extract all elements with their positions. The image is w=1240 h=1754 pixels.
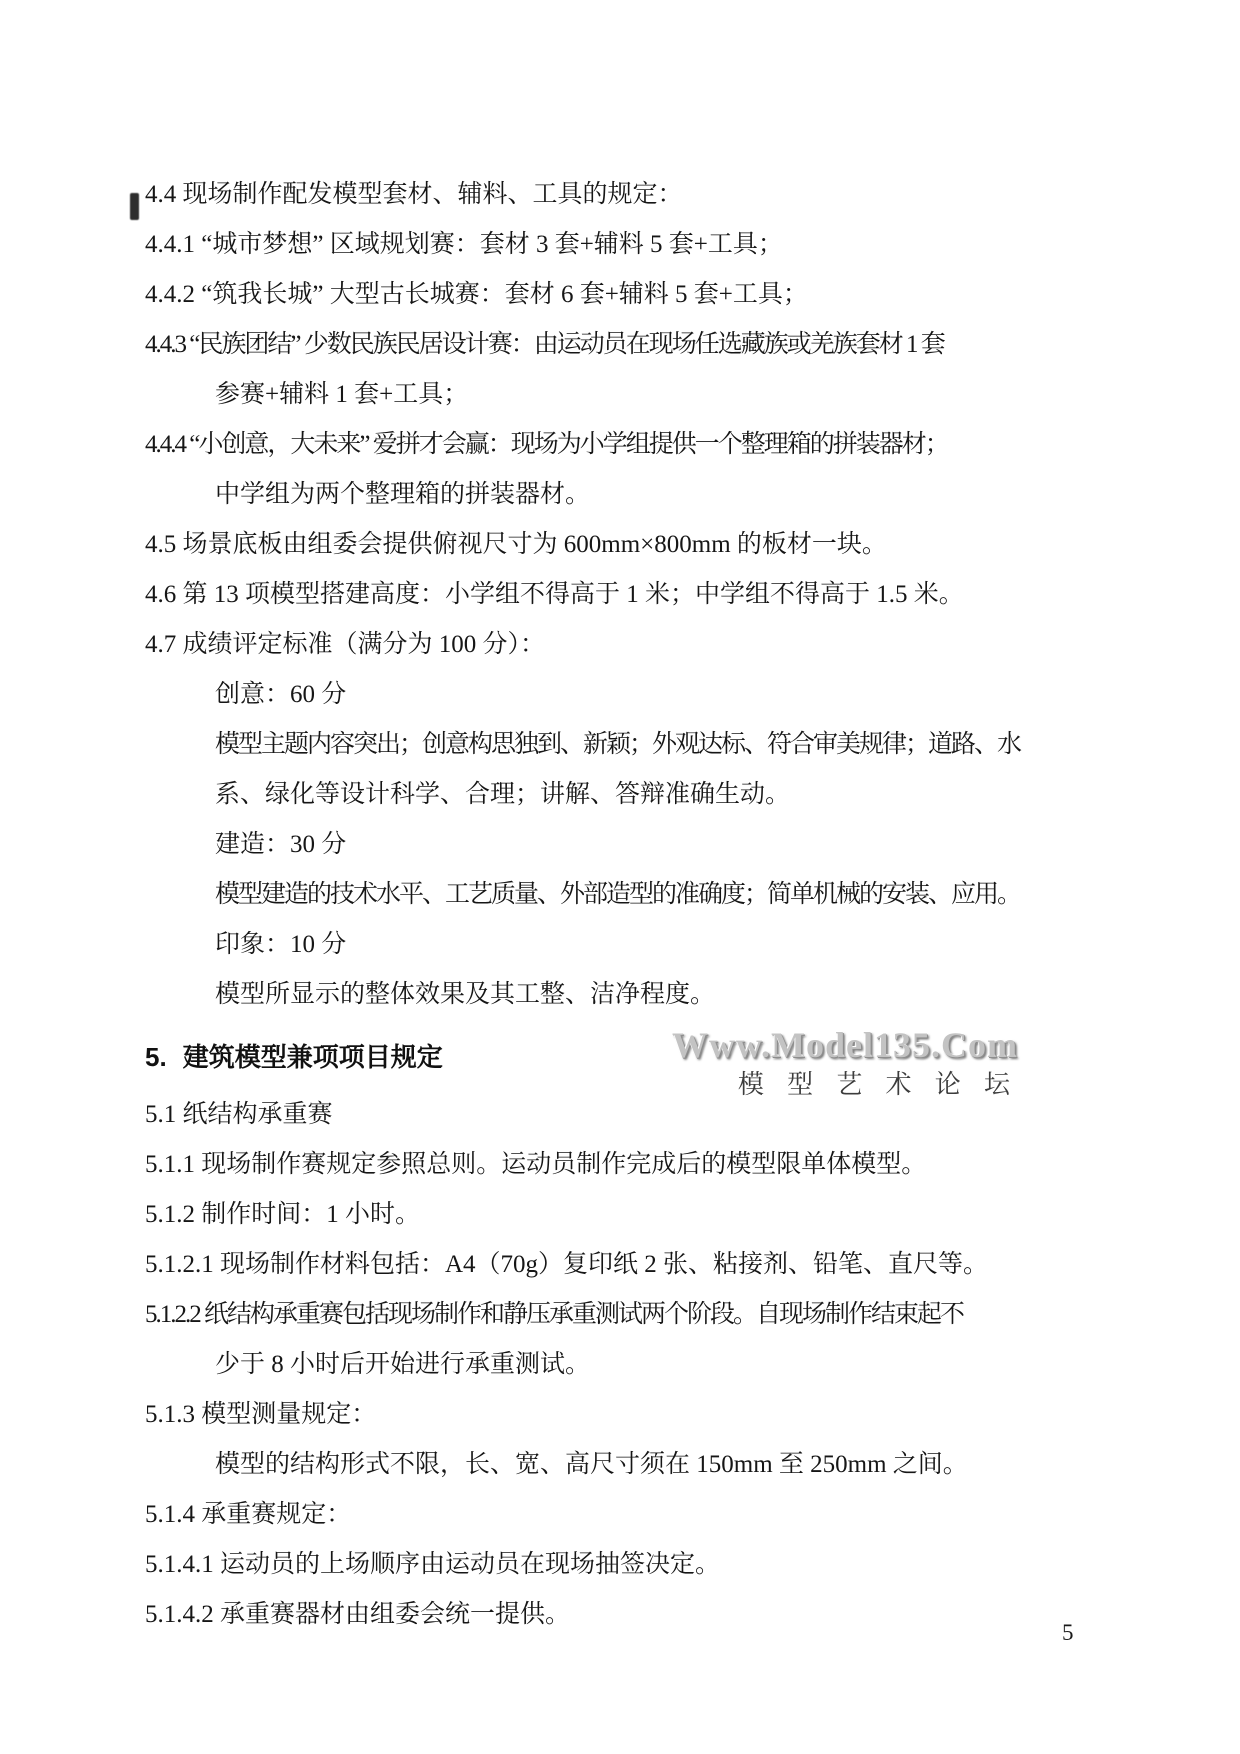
line-4-4-4: 4.4.4 “小创意，大未来” 爱拼才会赢：现场为小学组提供一个整理箱的拼装器材… <box>145 420 1013 470</box>
line-5-1-4-1: 5.1.4.1 运动员的上场顺序由运动员在现场抽签决定。 <box>145 1540 1013 1590</box>
line-4-4-3: 4.4.3 “民族团结” 少数民族民居设计赛：由运动员在现场任选藏族或羌族套材 … <box>145 320 1013 370</box>
line-construction-desc: 模型建造的技术水平、工艺质量、外部造型的准确度；简单机械的安装、应用。 <box>145 870 1013 920</box>
section-5-number: 5. <box>145 1042 167 1072</box>
line-5-1-3: 5.1.3 模型测量规定： <box>145 1390 1013 1440</box>
line-5-1-2-1: 5.1.2.1 现场制作材料包括：A4（70g）复印纸 2 张、粘接剂、铅笔、直… <box>145 1240 1013 1290</box>
line-creativity-desc-2: 系、绿化等设计科学、合理；讲解、答辩准确生动。 <box>145 770 1013 820</box>
document-page: 4.4 现场制作配发模型套材、辅料、工具的规定： 4.4.1 “城市梦想” 区域… <box>0 0 1240 1754</box>
line-4-4-4-cont: 中学组为两个整理箱的拼装器材。 <box>145 470 1013 520</box>
line-5-1-2-2-cont: 少于 8 小时后开始进行承重测试。 <box>145 1340 1013 1390</box>
line-4-4: 4.4 现场制作配发模型套材、辅料、工具的规定： <box>145 170 1013 220</box>
line-5-1-1: 5.1.1 现场制作赛规定参照总则。运动员制作完成后的模型限单体模型。 <box>145 1140 1013 1190</box>
line-4-7: 4.7 成绩评定标准（满分为 100 分）： <box>145 620 1013 670</box>
line-5-1-2: 5.1.2 制作时间：1 小时。 <box>145 1190 1013 1240</box>
page-number: 5 <box>1062 1618 1074 1648</box>
section-5-title: 建筑模型兼项项目规定 <box>183 1042 443 1072</box>
line-4-4-3-cont: 参赛+辅料 1 套+工具； <box>145 370 1013 420</box>
line-4-5: 4.5 场景底板由组委会提供俯视尺寸为 600mm×800mm 的板材一块。 <box>145 520 1013 570</box>
section-5-heading: 5.建筑模型兼项项目规定 <box>145 1032 1013 1082</box>
line-5-1-2-2: 5.1.2.2 纸结构承重赛包括现场制作和静压承重测试两个阶段。自现场制作结束起… <box>145 1290 1013 1340</box>
line-5-1-4-2: 5.1.4.2 承重赛器材由组委会统一提供。 <box>145 1590 1013 1640</box>
scan-artifact <box>130 193 139 220</box>
line-creativity-desc-1: 模型主题内容突出；创意构思独到、新颖；外观达标、符合审美规律；道路、水 <box>145 720 1013 770</box>
line-4-4-2: 4.4.2 “筑我长城” 大型古长城赛：套材 6 套+辅料 5 套+工具； <box>145 270 1013 320</box>
line-impression-score: 印象：10 分 <box>145 920 1013 970</box>
document-body: 4.4 现场制作配发模型套材、辅料、工具的规定： 4.4.1 “城市梦想” 区域… <box>145 170 1013 1640</box>
line-5-1: 5.1 纸结构承重赛 <box>145 1090 1013 1140</box>
line-4-6: 4.6 第 13 项模型搭建高度：小学组不得高于 1 米；中学组不得高于 1.5… <box>145 570 1013 620</box>
line-4-4-1: 4.4.1 “城市梦想” 区域规划赛：套材 3 套+辅料 5 套+工具； <box>145 220 1013 270</box>
line-creativity-score: 创意：60 分 <box>145 670 1013 720</box>
line-5-1-3-desc: 模型的结构形式不限，长、宽、高尺寸须在 150mm 至 250mm 之间。 <box>145 1440 1013 1490</box>
line-5-1-4: 5.1.4 承重赛规定： <box>145 1490 1013 1540</box>
line-construction-score: 建造：30 分 <box>145 820 1013 870</box>
line-impression-desc: 模型所显示的整体效果及其工整、洁净程度。 <box>145 970 1013 1020</box>
